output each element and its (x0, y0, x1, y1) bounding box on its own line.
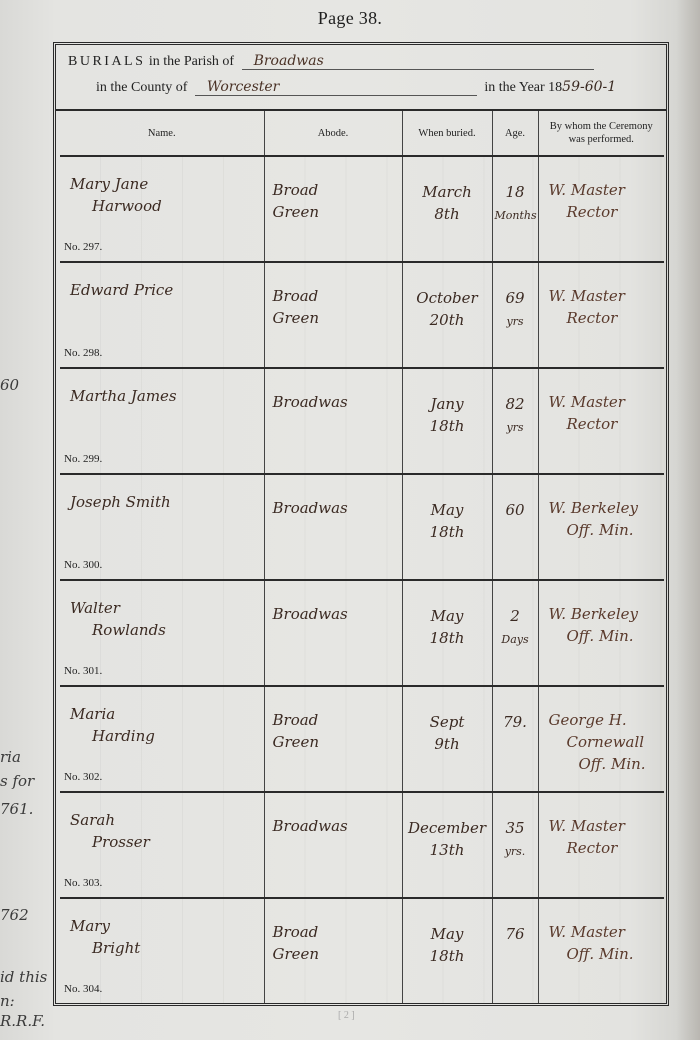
age-line1: 2 (510, 607, 520, 625)
name-line2: Rowlands (70, 621, 166, 639)
officiant-line3: Off. Min. (549, 755, 646, 773)
when-buried-cell: May18th (402, 898, 492, 1003)
margin-note: 761. (0, 800, 33, 818)
column-ceremony-line1: By whom the Ceremony (550, 121, 653, 132)
name-line1: Mary Jane (70, 175, 148, 193)
age-line2: yrs. (505, 845, 526, 858)
age-cell: 69yrs (492, 262, 538, 368)
name-line2 (70, 515, 92, 533)
age-line1: 60 (505, 501, 524, 519)
officiant-line1: W. Master (549, 923, 625, 941)
officiant-line2: Rector (549, 415, 618, 433)
officiant-line2: Rector (549, 839, 618, 857)
officiant-cell: W. BerkeleyOff. Min. (538, 580, 664, 686)
date-line1: Sept (430, 713, 465, 731)
margin-note: R.R.F. (0, 1012, 45, 1030)
column-abode: Abode. (264, 111, 402, 156)
entry-number: No. 298. (64, 347, 102, 359)
margin-note: s for (0, 772, 34, 790)
year-value: 59-60-1 (562, 79, 616, 95)
name-line2: Bright (70, 939, 140, 957)
name-line1: Sarah (70, 811, 115, 829)
abode-line2: Green (273, 945, 320, 963)
county-value: Worcester (195, 79, 477, 96)
name-line2: Prosser (70, 833, 150, 851)
abode-cell: BroadGreen (264, 898, 402, 1003)
year-label: in the Year 18 (484, 80, 562, 95)
entry-number: No. 304. (64, 983, 102, 995)
age-cell: 18Months (492, 156, 538, 262)
officiant-cell: W. MasterRector (538, 368, 664, 474)
column-age: Age. (492, 111, 538, 156)
register-header: BURIALS in the Parish of Broadwas in the… (56, 45, 666, 111)
abode-cell: Broadwas (264, 474, 402, 580)
table-row: MaryBrightNo. 304.BroadGreenMay18th76W. … (60, 898, 664, 1003)
table-row: Edward PriceNo. 298.BroadGreenOctober20t… (60, 262, 664, 368)
abode-line1: Broad (273, 711, 319, 729)
abode-line2: Green (273, 203, 320, 221)
date-line2: 8th (434, 205, 459, 223)
officiant-line1: W. Berkeley (549, 605, 639, 623)
abode-cell: BroadGreen (264, 686, 402, 792)
officiant-line2: Cornewall (549, 733, 645, 751)
abode-line1: Broad (273, 923, 319, 941)
table-row: Martha JamesNo. 299.BroadwasJany18th82yr… (60, 368, 664, 474)
name-line2 (70, 409, 92, 427)
date-line2: 18th (430, 417, 465, 435)
date-line2: 13th (430, 841, 465, 859)
abode-cell: BroadGreen (264, 262, 402, 368)
name-line2: Harwood (70, 197, 162, 215)
entry-number: No. 301. (64, 665, 102, 677)
date-line2: 9th (434, 735, 459, 753)
table-row: Joseph SmithNo. 300.BroadwasMay18th60W. … (60, 474, 664, 580)
date-line2: 20th (430, 311, 465, 329)
date-line1: Jany (430, 395, 463, 413)
officiant-cell: George H.CornewallOff. Min. (538, 686, 664, 792)
officiant-line1: W. Master (549, 181, 625, 199)
age-line1: 35 (505, 819, 524, 837)
officiant-line1: W. Berkeley (549, 499, 639, 517)
name-cell: MariaHardingNo. 302. (60, 686, 264, 792)
officiant-cell: W. MasterRector (538, 262, 664, 368)
margin-note: n: (0, 992, 15, 1010)
column-when-buried: When buried. (402, 111, 492, 156)
age-cell: 82yrs (492, 368, 538, 474)
age-line1: 76 (505, 925, 524, 943)
officiant-line2: Rector (549, 203, 618, 221)
margin-note: id this (0, 968, 47, 986)
table-row: Mary JaneHarwoodNo. 297.BroadGreenMarch8… (60, 156, 664, 262)
name-line2 (70, 303, 92, 321)
age-line2: yrs (506, 315, 523, 328)
officiant-cell: W. MasterOff. Min. (538, 898, 664, 1003)
table-row: MariaHardingNo. 302.BroadGreenSept9th79.… (60, 686, 664, 792)
age-line1: 79. (503, 713, 527, 731)
name-cell: MaryBrightNo. 304. (60, 898, 264, 1003)
officiant-cell: W. MasterRector (538, 156, 664, 262)
book-binding-shadow (676, 0, 700, 1040)
entry-number: No. 303. (64, 877, 102, 889)
name-line1: Joseph Smith (70, 493, 171, 511)
column-ceremony-line2: was performed. (569, 134, 634, 145)
date-line1: May (431, 501, 464, 519)
abode-cell: BroadGreen (264, 156, 402, 262)
burial-register-table: Name. Abode. When buried. Age. By whom t… (60, 111, 664, 1003)
table-row: SarahProsserNo. 303.BroadwasDecember13th… (60, 792, 664, 898)
when-buried-cell: March8th (402, 156, 492, 262)
age-line1: 69 (505, 289, 524, 307)
abode-cell: Broadwas (264, 368, 402, 474)
margin-note: 60 (0, 376, 19, 394)
name-line1: Edward Price (70, 281, 173, 299)
table-row: WalterRowlandsNo. 301.BroadwasMay18th2Da… (60, 580, 664, 686)
when-buried-cell: May18th (402, 474, 492, 580)
burial-register-frame: BURIALS in the Parish of Broadwas in the… (53, 42, 669, 1006)
date-line1: December (408, 819, 486, 837)
when-buried-cell: May18th (402, 580, 492, 686)
officiant-line2: Rector (549, 309, 618, 327)
burials-heading: BURIALS (68, 54, 145, 69)
officiant-cell: W. MasterRector (538, 792, 664, 898)
entry-number: No. 302. (64, 771, 102, 783)
date-line1: March (422, 183, 472, 201)
officiant-line2: Off. Min. (549, 627, 634, 645)
abode-line1: Broadwas (273, 817, 348, 835)
abode-line1: Broad (273, 181, 319, 199)
date-line2: 18th (430, 523, 465, 541)
name-line1: Maria (70, 705, 115, 723)
abode-cell: Broadwas (264, 792, 402, 898)
name-cell: Edward PriceNo. 298. (60, 262, 264, 368)
when-buried-cell: October20th (402, 262, 492, 368)
entry-number: No. 300. (64, 559, 102, 571)
age-cell: 76 (492, 898, 538, 1003)
name-cell: WalterRowlandsNo. 301. (60, 580, 264, 686)
name-line1: Mary (70, 917, 110, 935)
age-cell: 2Days (492, 580, 538, 686)
column-ceremony: By whom the Ceremony was performed. (538, 111, 664, 156)
when-buried-cell: December13th (402, 792, 492, 898)
officiant-cell: W. BerkeleyOff. Min. (538, 474, 664, 580)
footer-mark: [ 2 ] (338, 1010, 355, 1021)
name-cell: Martha JamesNo. 299. (60, 368, 264, 474)
abode-line1: Broadwas (273, 605, 348, 623)
age-line2: Days (501, 633, 528, 646)
officiant-line1: W. Master (549, 817, 625, 835)
when-buried-cell: Sept9th (402, 686, 492, 792)
officiant-line2: Off. Min. (549, 521, 634, 539)
name-line1: Walter (70, 599, 120, 617)
abode-line2: Green (273, 733, 320, 751)
entry-number: No. 299. (64, 453, 102, 465)
age-cell: 79. (492, 686, 538, 792)
page-title: Page 38. (0, 8, 700, 29)
margin-note: ria (0, 748, 21, 766)
abode-line2: Green (273, 309, 320, 327)
officiant-line1: W. Master (549, 393, 625, 411)
date-line1: May (431, 607, 464, 625)
abode-line1: Broadwas (273, 499, 348, 517)
date-line2: 18th (430, 629, 465, 647)
officiant-line1: George H. (549, 711, 627, 729)
age-line2: Months (495, 209, 537, 222)
abode-line1: Broadwas (273, 393, 348, 411)
age-cell: 60 (492, 474, 538, 580)
name-cell: Mary JaneHarwoodNo. 297. (60, 156, 264, 262)
county-label: in the County of (96, 80, 187, 95)
officiant-line1: W. Master (549, 287, 625, 305)
parish-label: in the Parish of (149, 54, 234, 69)
abode-line1: Broad (273, 287, 319, 305)
date-line2: 18th (430, 947, 465, 965)
age-line1: 18 (505, 183, 524, 201)
county-line: in the County of Worcester in the Year 1… (96, 79, 616, 96)
column-header-row: Name. Abode. When buried. Age. By whom t… (60, 111, 664, 156)
column-name: Name. (60, 111, 264, 156)
entry-number: No. 297. (64, 241, 102, 253)
when-buried-cell: Jany18th (402, 368, 492, 474)
name-cell: Joseph SmithNo. 300. (60, 474, 264, 580)
age-cell: 35yrs. (492, 792, 538, 898)
officiant-line2: Off. Min. (549, 945, 634, 963)
date-line1: October (416, 289, 477, 307)
abode-cell: Broadwas (264, 580, 402, 686)
parish-value: Broadwas (242, 53, 594, 70)
name-line2: Harding (70, 727, 155, 745)
age-line2: yrs (506, 421, 523, 434)
margin-note: 762 (0, 906, 29, 924)
name-line1: Martha James (70, 387, 177, 405)
parish-line: BURIALS in the Parish of Broadwas (68, 53, 598, 70)
age-line1: 82 (505, 395, 524, 413)
name-cell: SarahProsserNo. 303. (60, 792, 264, 898)
date-line1: May (431, 925, 464, 943)
